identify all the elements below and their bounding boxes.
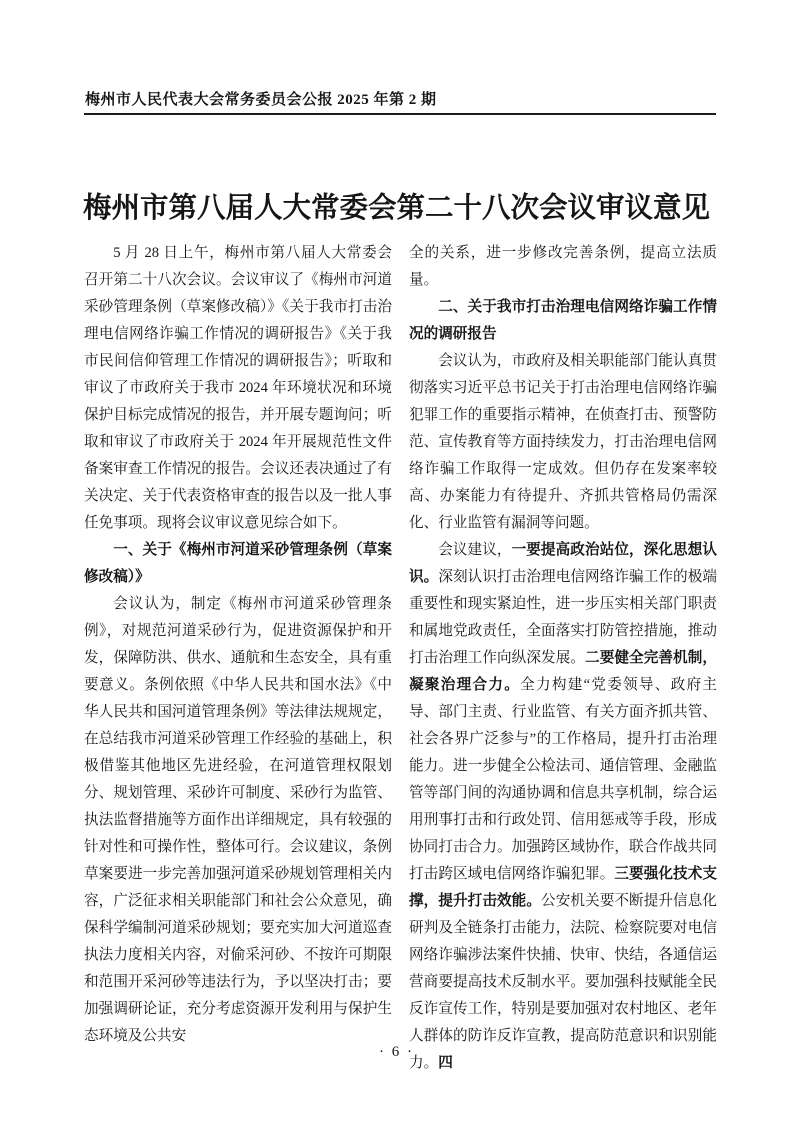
body-text: 二、关于我市打击治理电信网络诈骗工作情况的调研报告: [409, 299, 717, 342]
column-left: 5 月 28 日上午，梅州市第八届人大常委会召开第二十八次会议。会议审议了《梅州…: [84, 240, 392, 1050]
paragraph: 5 月 28 日上午，梅州市第八届人大常委会召开第二十八次会议。会议审议了《梅州…: [84, 240, 392, 537]
body-text: 全力构建“党委领导、政府主导、部门主责、行业监管、有关方面齐抓共管、社会各界广泛…: [409, 677, 717, 882]
body-text: 会议认为，市政府及相关职能部门能认真贯彻落实习近平总书记关于打击治理电信网络诈骗…: [409, 353, 717, 531]
body-text: 会议建议，: [438, 542, 511, 558]
page-title: 梅州市第八届人大常委会第二十八次会议审议意见: [0, 185, 793, 226]
body-text: 5 月 28 日上午，梅州市第八届人大常委会召开第二十八次会议。会议审议了《梅州…: [84, 245, 392, 531]
paragraph: 会议认为，市政府及相关职能部门能认真贯彻落实习近平总书记关于打击治理电信网络诈骗…: [409, 348, 717, 537]
header-divider: [84, 113, 716, 115]
body-text: 全的关系，进一步修改完善条例，提高立法质量。: [409, 245, 717, 288]
paragraph: 会议认为，制定《梅州市河道采砂管理条例》，对规范河道采砂行为，促进资源保护和开发…: [84, 591, 392, 1050]
paragraph: 全的关系，进一步修改完善条例，提高立法质量。: [409, 240, 717, 294]
column-right: 全的关系，进一步修改完善条例，提高立法质量。二、关于我市打击治理电信网络诈骗工作…: [409, 240, 717, 1077]
section-heading: 一、关于《梅州市河道采砂管理条例（草案修改稿）》: [84, 537, 392, 591]
body-text: 会议认为，制定《梅州市河道采砂管理条例》，对规范河道采砂行为，促进资源保护和开发…: [84, 596, 392, 1044]
section-heading: 二、关于我市打击治理电信网络诈骗工作情况的调研报告: [409, 294, 717, 348]
body-text: 一、关于《梅州市河道采砂管理条例（草案修改稿）》: [84, 542, 392, 585]
paragraph: 会议建议，一要提高政治站位，深化思想认识。深刻认识打击治理电信网络诈骗工作的极端…: [409, 537, 717, 1077]
bulletin-header: 梅州市人民代表大会常务委员会公报 2025 年第 2 期: [85, 88, 437, 109]
page-number: · 6 ·: [0, 1044, 793, 1061]
bulletin-page: 梅州市人民代表大会常务委员会公报 2025 年第 2 期 梅州市第八届人大常委会…: [0, 0, 793, 1122]
